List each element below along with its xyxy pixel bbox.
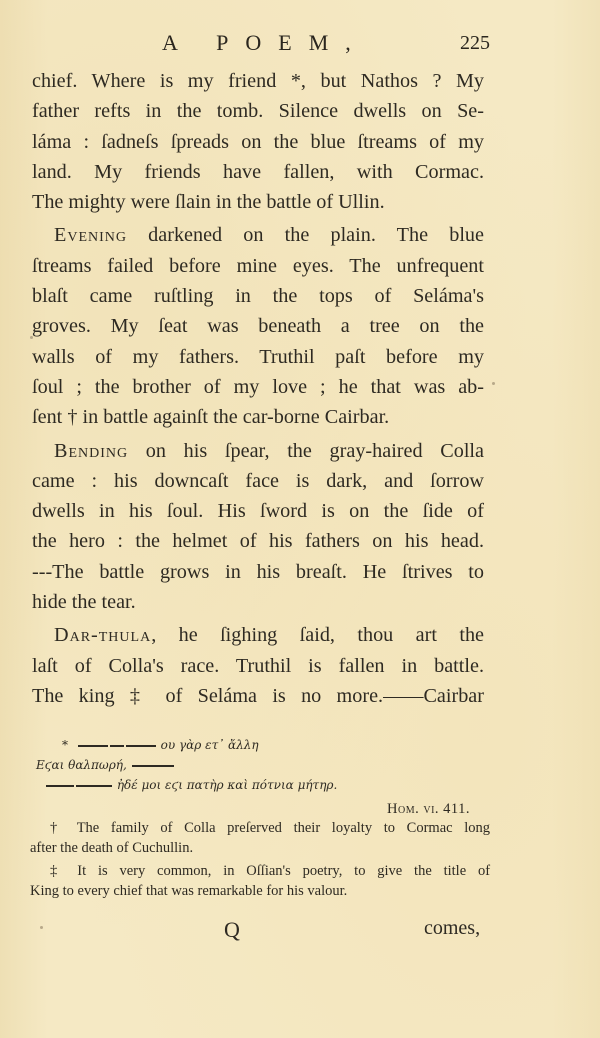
page-footer: Q comes, — [0, 917, 600, 947]
paragraph-lead-word: Evening — [54, 224, 127, 246]
body-text: chief. Where is my friend *, but Nathos … — [32, 66, 484, 711]
signature-mark: Q — [224, 917, 240, 943]
text-line: dwells in his ſoul. His ſword is on the … — [32, 496, 484, 526]
footnote-marker-dagger: † — [50, 820, 65, 836]
paragraph-3: Bending on his ſpear, the gray-haired Co… — [32, 436, 484, 618]
text-line: The king ‡ of Seláma is no more.——Cairba… — [32, 681, 484, 711]
text-line: Evening darkened on the plain. The blue — [32, 220, 484, 250]
greek-text: Εϛαι θαλπωρή, — [36, 758, 127, 772]
text-line: walls of my fathers. Truthil paſt before… — [32, 342, 484, 372]
text-line: chief. Where is my friend *, but Nathos … — [32, 66, 484, 96]
footnote-marker-double-dagger: ‡ — [50, 863, 65, 879]
footnote-dagger: † The family of Colla preſerved their lo… — [30, 818, 490, 858]
greek-text: ἠδέ μοι εϛι πατὴρ καὶ πότνια μήτηρ. — [117, 778, 337, 792]
text-line: ſent † in battle againſt the car-borne C… — [32, 402, 484, 432]
text-line: Dar-thula, he ſighing ſaid, thou art the — [32, 620, 484, 650]
greek-text: ου γὰρ ετ᾽ ἄλλη — [161, 738, 259, 752]
paragraph-lead-word: Bending — [54, 440, 128, 462]
text-line: father refts in the tomb. Silence dwells… — [32, 96, 484, 126]
margin-speck — [492, 382, 495, 385]
dash-rule — [46, 785, 74, 787]
text-line: land. My friends have fallen, with Corma… — [32, 157, 484, 187]
text-line: the hero : the helmet of his fathers on … — [32, 526, 484, 556]
text-line: hide the tear. — [32, 587, 484, 617]
text-line: laſt of Colla's race. Truthil is fallen … — [32, 651, 484, 681]
page-number: 225 — [460, 32, 490, 55]
footnote-continuation: after the death of Cuchullin. — [30, 838, 490, 858]
text-line: ſoul ; the brother of my love ; he that … — [32, 372, 484, 402]
margin-speck — [40, 926, 43, 929]
dash-rule — [78, 745, 108, 747]
dash-rule — [126, 745, 156, 747]
footnote-first-line: ‡ It is very common, in Oſſian's poetry,… — [30, 861, 490, 881]
catchword: comes, — [424, 917, 480, 940]
greek-quote-line-1: * ου γὰρ ετ᾽ ἄλλη — [30, 735, 490, 755]
text-line: blaſt came ruſtling in the tops of Selám… — [32, 281, 484, 311]
footnote-first-line: † The family of Colla preſerved their lo… — [30, 818, 490, 838]
text-line: ---The battle grows in his breaſt. He ſt… — [32, 557, 484, 587]
text-line: The mighty were ſlain in the battle of U… — [32, 187, 484, 217]
running-head: A POEM, 225 — [32, 30, 488, 60]
paragraph-2: Evening darkened on the plain. The blue … — [32, 220, 484, 432]
text-line: came : his downcaſt face is dark, and ſo… — [32, 466, 484, 496]
dash-rule — [132, 765, 174, 767]
footnote-marker-asterisk: * — [62, 738, 68, 752]
footnotes: * ου γὰρ ετ᾽ ἄλλη Εϛαι θαλπωρή, ἠδέ μοι … — [30, 735, 490, 901]
book-page: A POEM, 225 chief. Where is my friend *,… — [0, 0, 600, 1038]
greek-quote-line-2: Εϛαι θαλπωρή, — [30, 755, 490, 775]
greek-quote-line-3: ἠδέ μοι εϛι πατὴρ καὶ πότνια μήτηρ. — [30, 775, 490, 795]
text-line: Bending on his ſpear, the gray-haired Co… — [32, 436, 484, 466]
paragraph-1: chief. Where is my friend *, but Nathos … — [32, 66, 484, 217]
running-title: A POEM, — [162, 30, 368, 56]
dash-rule — [110, 745, 124, 747]
footnote-continuation: King to every chief that was remarkable … — [30, 881, 490, 901]
footnote-double-dagger: ‡ It is very common, in Oſſian's poetry,… — [30, 861, 490, 901]
citation: Hom. vi. 411. — [30, 801, 490, 818]
text-line: láma : ſadneſs ſpreads on the blue ſtrea… — [32, 127, 484, 157]
margin-speck — [30, 336, 33, 339]
paragraph-4: Dar-thula, he ſighing ſaid, thou art the… — [32, 620, 484, 711]
dash-rule — [76, 785, 112, 787]
paragraph-lead-word: Dar-thula — [54, 624, 151, 646]
text-line: groves. My ſeat was beneath a tree on th… — [32, 311, 484, 341]
text-line: ſtreams failed before mine eyes. The unf… — [32, 251, 484, 281]
